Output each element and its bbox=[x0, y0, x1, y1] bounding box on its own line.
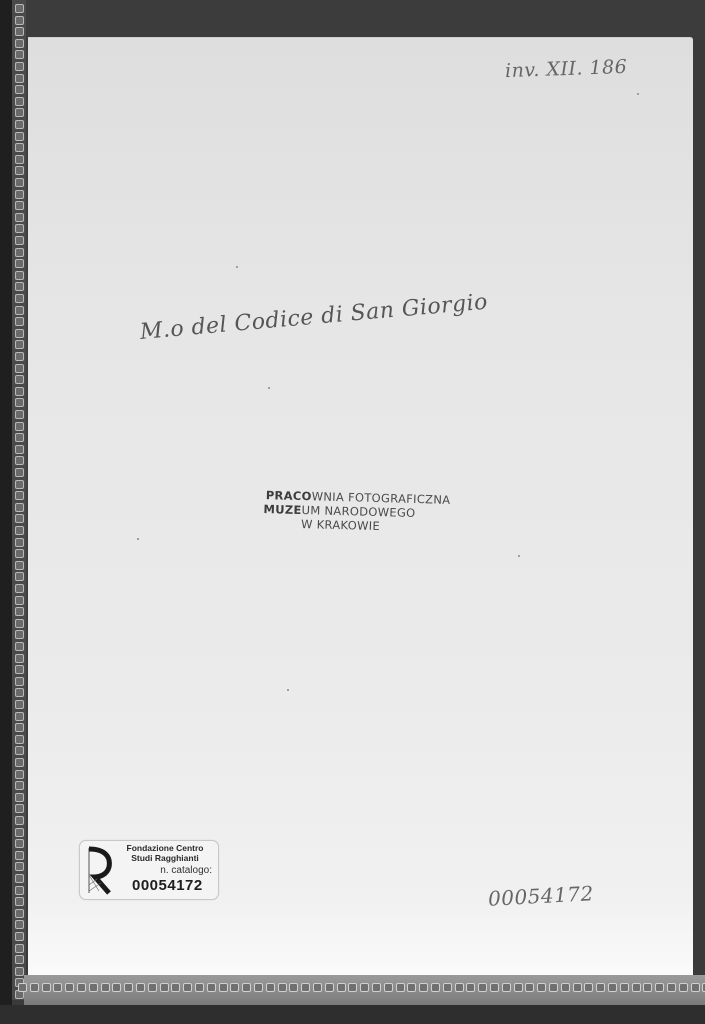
binder-strip-vertical bbox=[12, 0, 26, 1000]
binder-hole bbox=[242, 983, 251, 992]
binder-hole bbox=[384, 983, 393, 992]
binder-hole bbox=[584, 983, 593, 992]
binder-hole bbox=[372, 983, 381, 992]
catalog-field-label: n. catalogo: bbox=[160, 865, 212, 876]
binder-hole bbox=[15, 712, 24, 721]
binder-hole bbox=[15, 851, 24, 860]
binder-hole bbox=[15, 155, 24, 164]
binder-hole bbox=[18, 983, 27, 992]
binder-hole bbox=[679, 983, 688, 992]
binder-hole bbox=[15, 259, 24, 268]
binder-hole bbox=[160, 983, 169, 992]
binder-hole bbox=[15, 236, 24, 245]
binder-hole bbox=[15, 688, 24, 697]
binder-hole bbox=[15, 549, 24, 558]
binder-hole bbox=[15, 445, 24, 454]
binder-hole bbox=[136, 983, 145, 992]
binder-hole bbox=[15, 630, 24, 639]
binder-hole bbox=[15, 967, 24, 976]
binder-hole bbox=[15, 422, 24, 431]
binder-hole bbox=[15, 584, 24, 593]
binder-hole bbox=[15, 862, 24, 871]
binder-hole bbox=[561, 983, 570, 992]
binder-hole bbox=[549, 983, 558, 992]
dust-speck bbox=[137, 538, 139, 540]
ragghianti-r-logo-icon bbox=[85, 845, 115, 895]
dust-speck bbox=[518, 555, 520, 557]
binder-hole bbox=[525, 983, 534, 992]
binder-hole bbox=[15, 874, 24, 883]
binder-hole bbox=[15, 340, 24, 349]
dust-speck bbox=[637, 93, 639, 95]
binder-hole bbox=[15, 944, 24, 953]
binder-hole bbox=[502, 983, 511, 992]
binder-hole bbox=[313, 983, 322, 992]
binder-hole bbox=[101, 983, 110, 992]
binder-hole bbox=[15, 16, 24, 25]
binder-hole bbox=[15, 62, 24, 71]
binder-hole bbox=[478, 983, 487, 992]
binder-hole bbox=[15, 932, 24, 941]
binder-hole bbox=[15, 804, 24, 813]
binder-hole bbox=[15, 781, 24, 790]
binder-hole bbox=[301, 983, 310, 992]
binder-hole bbox=[15, 770, 24, 779]
binder-hole bbox=[443, 983, 452, 992]
binder-hole bbox=[65, 983, 74, 992]
binder-hole bbox=[15, 897, 24, 906]
binder-hole bbox=[230, 983, 239, 992]
binder-hole bbox=[183, 983, 192, 992]
binder-hole bbox=[15, 793, 24, 802]
binder-hole bbox=[15, 294, 24, 303]
binder-hole bbox=[195, 983, 204, 992]
binder-hole bbox=[266, 983, 275, 992]
binder-hole bbox=[15, 700, 24, 709]
binder-hole bbox=[289, 983, 298, 992]
binder-hole bbox=[15, 352, 24, 361]
catalog-label: Fondazione Centro Studi Ragghianti n. ca… bbox=[79, 840, 219, 900]
binder-hole bbox=[15, 816, 24, 825]
binder-hole bbox=[15, 758, 24, 767]
binder-hole bbox=[15, 514, 24, 523]
binder-hole bbox=[15, 886, 24, 895]
binder-hole bbox=[171, 983, 180, 992]
binder-hole bbox=[325, 983, 334, 992]
binder-hole bbox=[148, 983, 157, 992]
binder-hole bbox=[15, 723, 24, 732]
binder-hole bbox=[15, 746, 24, 755]
binder-hole bbox=[15, 410, 24, 419]
binder-hole bbox=[15, 456, 24, 465]
binder-strip-horizontal bbox=[14, 982, 705, 994]
binder-hole bbox=[15, 132, 24, 141]
binder-hole bbox=[15, 306, 24, 315]
binder-hole bbox=[15, 561, 24, 570]
binder-hole bbox=[455, 983, 464, 992]
binder-hole bbox=[15, 642, 24, 651]
binder-hole bbox=[219, 983, 228, 992]
binder-hole bbox=[254, 983, 263, 992]
binder-hole bbox=[15, 654, 24, 663]
paper-highlight bbox=[28, 900, 693, 980]
binder-hole bbox=[573, 983, 582, 992]
dust-speck bbox=[236, 266, 238, 268]
binder-hole bbox=[608, 983, 617, 992]
binder-hole bbox=[15, 572, 24, 581]
binder-hole bbox=[15, 619, 24, 628]
binder-hole bbox=[15, 4, 24, 13]
binder-hole bbox=[15, 596, 24, 605]
binder-hole bbox=[15, 955, 24, 964]
dust-speck bbox=[268, 387, 270, 389]
binder-hole bbox=[396, 983, 405, 992]
binder-hole bbox=[77, 983, 86, 992]
binder-hole bbox=[15, 735, 24, 744]
dust-speck bbox=[287, 689, 289, 691]
scanner-bottom-edge bbox=[0, 1005, 705, 1024]
binder-hole bbox=[112, 983, 121, 992]
binder-hole bbox=[15, 317, 24, 326]
binder-hole bbox=[15, 282, 24, 291]
binder-hole bbox=[15, 224, 24, 233]
binder-hole bbox=[15, 387, 24, 396]
museum-stamp: PRACOWNIA FOTOGRAFICZNA MUZEUM NARODOWEG… bbox=[261, 488, 442, 535]
binder-hole bbox=[667, 983, 676, 992]
binder-hole bbox=[431, 983, 440, 992]
binder-hole bbox=[15, 74, 24, 83]
binder-hole bbox=[207, 983, 216, 992]
binder-hole bbox=[15, 27, 24, 36]
binder-hole bbox=[15, 201, 24, 210]
binder-hole bbox=[124, 983, 133, 992]
scanner-right-edge bbox=[693, 40, 705, 985]
binder-hole bbox=[15, 271, 24, 280]
binder-hole bbox=[15, 375, 24, 384]
binder-hole bbox=[15, 143, 24, 152]
binder-hole bbox=[15, 677, 24, 686]
binder-hole bbox=[15, 213, 24, 222]
binder-hole bbox=[15, 909, 24, 918]
binder-hole bbox=[490, 983, 499, 992]
binder-hole bbox=[15, 50, 24, 59]
organization-name: Fondazione Centro Studi Ragghianti bbox=[114, 843, 216, 863]
binder-hole bbox=[89, 983, 98, 992]
binder-hole bbox=[514, 983, 523, 992]
binder-hole bbox=[643, 983, 652, 992]
scanner-left-edge bbox=[0, 0, 12, 1024]
binder-hole bbox=[15, 120, 24, 129]
binder-hole bbox=[42, 983, 51, 992]
binder-hole bbox=[30, 983, 39, 992]
binder-hole bbox=[15, 190, 24, 199]
binder-hole bbox=[15, 538, 24, 547]
binder-hole bbox=[419, 983, 428, 992]
binder-hole bbox=[15, 97, 24, 106]
binder-hole bbox=[15, 364, 24, 373]
binder-hole bbox=[15, 503, 24, 512]
binder-hole bbox=[15, 433, 24, 442]
binder-hole bbox=[15, 248, 24, 257]
inventory-note: inv. XII. 186 bbox=[505, 56, 628, 82]
binder-hole bbox=[15, 468, 24, 477]
binder-hole bbox=[15, 85, 24, 94]
binder-hole bbox=[655, 983, 664, 992]
binder-hole bbox=[15, 398, 24, 407]
binder-hole bbox=[15, 526, 24, 535]
binder-hole bbox=[596, 983, 605, 992]
binder-hole bbox=[15, 828, 24, 837]
binder-hole bbox=[537, 983, 546, 992]
binder-hole bbox=[15, 480, 24, 489]
binder-hole bbox=[348, 983, 357, 992]
binder-hole bbox=[691, 983, 700, 992]
binder-hole bbox=[466, 983, 475, 992]
binder-hole bbox=[15, 166, 24, 175]
binder-hole bbox=[620, 983, 629, 992]
binder-hole bbox=[15, 920, 24, 929]
binder-hole bbox=[632, 983, 641, 992]
binder-hole bbox=[15, 607, 24, 616]
binder-hole bbox=[15, 665, 24, 674]
binder-hole bbox=[337, 983, 346, 992]
binder-hole bbox=[53, 983, 62, 992]
binder-hole bbox=[15, 178, 24, 187]
binder-hole bbox=[407, 983, 416, 992]
binder-hole bbox=[15, 491, 24, 500]
catalog-number: 00054172 bbox=[132, 877, 203, 894]
binder-hole bbox=[15, 108, 24, 117]
binder-hole bbox=[360, 983, 369, 992]
binder-hole bbox=[15, 329, 24, 338]
binder-hole bbox=[15, 839, 24, 848]
binder-hole bbox=[15, 39, 24, 48]
binder-hole bbox=[278, 983, 287, 992]
